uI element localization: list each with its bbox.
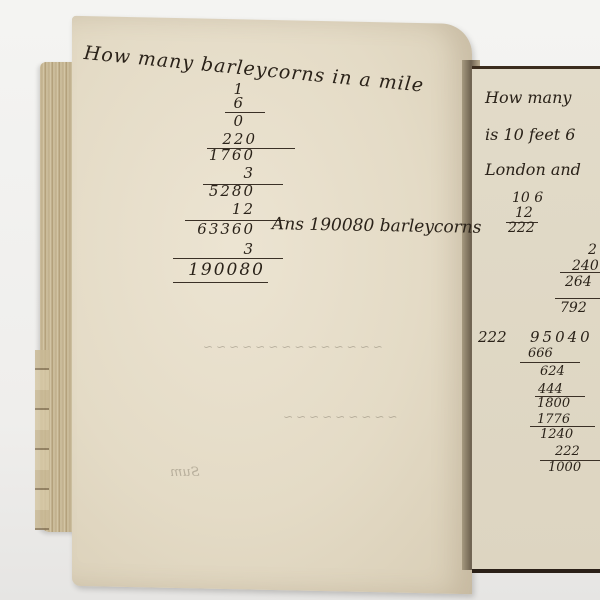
calc-line: 0 (233, 112, 245, 130)
answer-label: Ans (272, 214, 304, 235)
calc-line: 63360 (197, 220, 255, 238)
answer-line: Ans 190080 barleycorns (272, 214, 482, 238)
division-step: 444 (538, 382, 563, 397)
division-step: 624 (540, 364, 565, 379)
right-side-line: 2 (588, 242, 597, 258)
division-step: 666 (528, 346, 553, 361)
right-calc-line: 10 6 (512, 190, 543, 206)
frayed-page-edges (35, 350, 49, 530)
calc-line: 6 (233, 94, 245, 112)
calc-rule (173, 282, 268, 283)
division-step: 1800 (537, 396, 570, 411)
division-step: 1776 (537, 412, 570, 427)
calc-rule (173, 258, 283, 259)
bleed-through-text: Sum (170, 465, 200, 480)
right-question-line: London and (485, 160, 581, 179)
right-side-line: 264 (565, 274, 592, 290)
calc-line: 3 (243, 240, 255, 258)
right-calc-line: 222 (508, 220, 535, 236)
photo-scene: How many barleycorns in a mile 1 6 0 220… (0, 0, 600, 600)
division-step: 222 (555, 444, 580, 459)
right-calc-line: 12 (515, 205, 533, 221)
right-side-line: 792 (560, 300, 587, 316)
calc-result: 190080 (188, 260, 265, 280)
calc-line: 3 (243, 164, 255, 182)
division-step: 1240 (540, 427, 573, 442)
right-question-line: How many (485, 88, 571, 107)
calc-rule (225, 112, 265, 113)
left-page (72, 16, 472, 594)
division-step: 1000 (548, 460, 581, 475)
calc-line: 5280 (209, 182, 255, 200)
divisor: 222 (478, 328, 507, 346)
right-question-line: is 10 feet 6 (485, 125, 575, 144)
calc-line: 1760 (209, 146, 255, 164)
calc-line: 12 (232, 200, 255, 218)
dividend: 95040 (530, 328, 593, 346)
answer-value: 190080 barleycorns (309, 215, 481, 238)
